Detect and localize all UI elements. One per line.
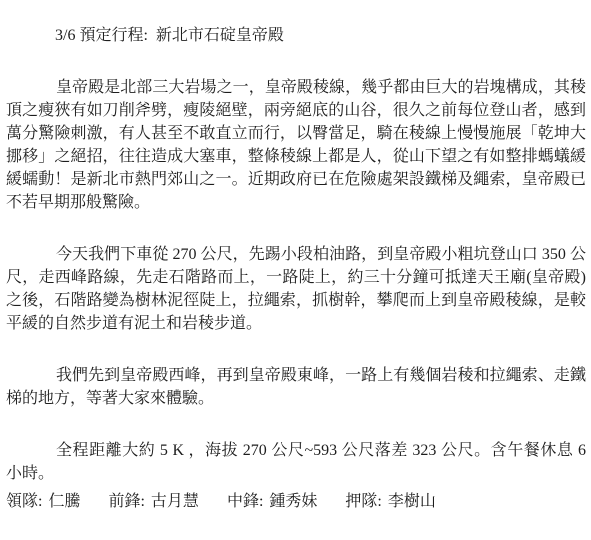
paragraph-summary: 全程距離大約 5 K ，海拔 270 公尺~593 公尺落差 323 公尺。含午…	[6, 439, 586, 485]
team-role-leader-label: 領隊:	[6, 493, 42, 510]
team-roster: 領隊:仁騰 前鋒:古月慧 中鋒:鍾秀妹 押隊:李樹山	[6, 490, 586, 513]
paragraph-overview: 皇帝殿是北部三大岩場之一，皇帝殿稜線，幾乎都由巨大的岩塊構成，其稜頂之瘦狹有如刀…	[6, 76, 586, 214]
paragraph-peaks: 我們先到皇帝殿西峰，再到皇帝殿東峰，一路上有幾個岩稜和拉繩索、走鐵梯的地方，等著…	[6, 364, 586, 410]
team-front-name: 古月慧	[151, 493, 199, 510]
team-sweeper-name: 李樹山	[388, 493, 436, 510]
team-role-sweeper-label: 押隊:	[345, 493, 381, 510]
team-middle-name: 鍾秀妹	[269, 493, 317, 510]
document-title: 3/6 預定行程: 新北市石碇皇帝殿	[6, 24, 586, 47]
paragraph-route: 今天我們下車從 270 公尺，先踢小段柏油路，到皇帝殿小粗坑登山口 350 公尺…	[6, 243, 586, 335]
team-leader-name: 仁騰	[48, 493, 80, 510]
team-role-middle-label: 中鋒:	[227, 493, 263, 510]
team-role-front-label: 前鋒:	[108, 493, 144, 510]
document-page: 3/6 預定行程: 新北市石碇皇帝殿 皇帝殿是北部三大岩場之一，皇帝殿稜線，幾乎…	[0, 0, 591, 540]
